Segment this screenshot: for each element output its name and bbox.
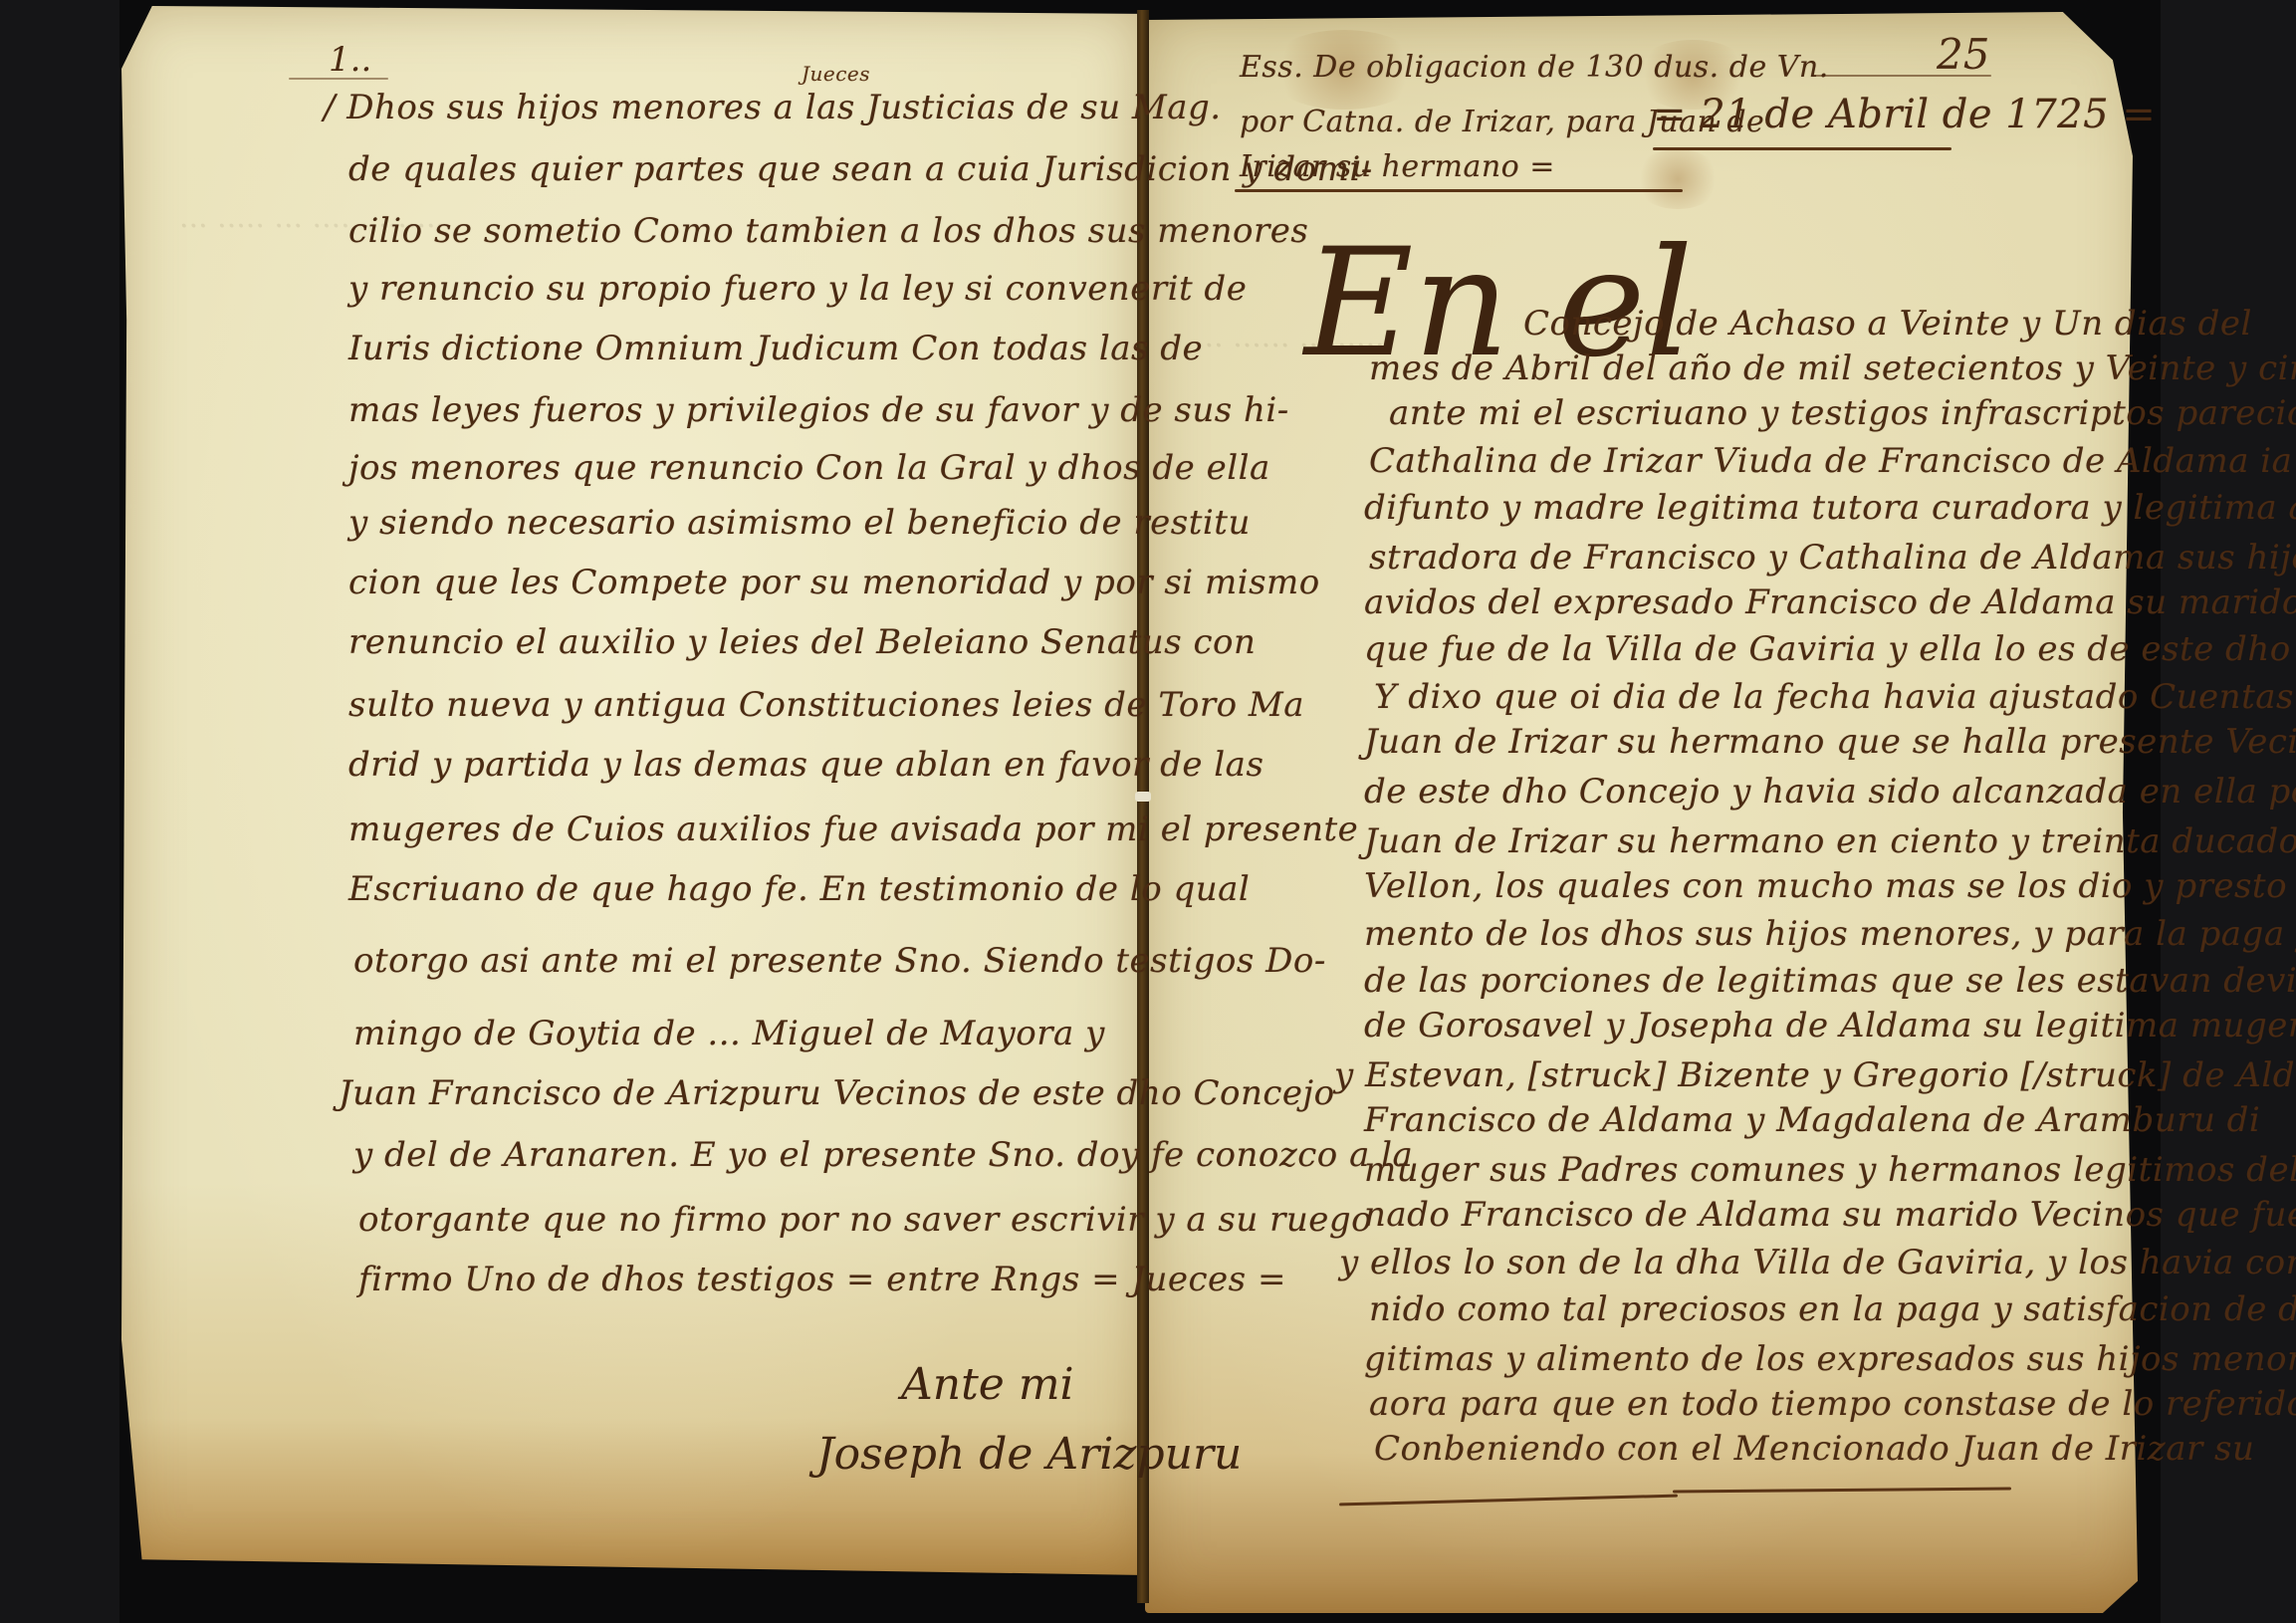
text-line: y siendo necesario asimismo el beneficio…	[348, 503, 1251, 543]
text-line: firmo Uno de dhos testigos = entre Rngs …	[358, 1260, 1286, 1299]
text-line: Conbeniendo con el Mencionado Juan de Ir…	[1374, 1429, 2254, 1469]
text-line: de las porciones de legitimas que se les…	[1364, 961, 2296, 1001]
text-line: Juan de Irizar su hermano en ciento y tr…	[1364, 821, 2296, 861]
text-line: Y dixo que oi dia de la fecha havia ajus…	[1374, 677, 2296, 717]
date-underline	[1653, 147, 1952, 150]
folio-rule	[1812, 75, 1991, 77]
signature-notary: Joseph de Arizpuru	[816, 1429, 1242, 1480]
text-line: ante mi el escriuano y testigos infrascr…	[1389, 393, 2296, 433]
text-line: Concejo de Achaso a Veinte y Un dias del	[1523, 304, 2252, 344]
text-line: de este dho Concejo y havia sido alcanza…	[1364, 772, 2296, 811]
text-line: de Gorosavel y Josepha de Aldama su legi…	[1364, 1006, 2296, 1045]
text-line: Iuris dictione Omnium Judicum Con todas …	[348, 329, 1203, 368]
heading-line: Irizar su hermano =	[1240, 149, 1555, 184]
superscript-note: Jueces	[802, 62, 870, 86]
text-line: mento de los dhos sus hijos menores, y p…	[1364, 914, 2296, 954]
text-line: de quales quier partes que sean a cuia J…	[348, 149, 1373, 189]
folio-number: 25	[1937, 30, 1989, 79]
text-line: nado Francisco de Aldama su marido Vecin…	[1364, 1195, 2296, 1235]
text-line: y Estevan, [struck] Bizente y Gregorio […	[1334, 1055, 2296, 1095]
text-line: avidos del expresado Francisco de Aldama…	[1364, 582, 2296, 622]
text-line: Francisco de Aldama y Magdalena de Aramb…	[1364, 1100, 2260, 1140]
text-line: Escriuano de que hago fe. En testimonio …	[348, 869, 1250, 909]
text-line: cion que les Compete por su menoridad y …	[348, 563, 1320, 602]
text-line: sulto nueva y antigua Constituciones lei…	[348, 685, 1304, 725]
text-line: muger sus Padres comunes y hermanos legi…	[1364, 1150, 2296, 1190]
text-line: mingo de Goytia de ... Miguel de Mayora …	[353, 1014, 1105, 1053]
text-line: y ellos lo son de la dha Villa de Gaviri…	[1339, 1243, 2296, 1282]
text-line: / Dhos sus hijos menores a las Justicias…	[324, 88, 1222, 127]
text-line: otorgante que no firmo por no saver escr…	[358, 1200, 1372, 1240]
text-line: stradora de Francisco y Cathalina de Ald…	[1369, 538, 2296, 578]
folio-rule	[289, 78, 388, 80]
binding-stitch	[1135, 792, 1151, 802]
text-line: Vellon, los quales con mucho mas se los …	[1364, 866, 2296, 906]
heading-underline	[1235, 189, 1683, 192]
text-line: drid y partida y las demas que ablan en …	[348, 745, 1263, 785]
text-line: mugeres de Cuios auxilios fue avisada po…	[348, 810, 1358, 849]
stain	[1633, 149, 1722, 209]
text-line: mes de Abril del año de mil setecientos …	[1369, 348, 2296, 388]
text-line: Juan de Irizar su hermano que se halla p…	[1364, 722, 2296, 762]
text-line: renuncio el auxilio y leies del Beleiano…	[348, 622, 1256, 662]
text-line: nido como tal preciosos en la paga y sat…	[1369, 1289, 2296, 1329]
signature-ante-mi: Ante mi	[901, 1359, 1074, 1410]
text-line: Juan Francisco de Arizpuru Vecinos de es…	[339, 1073, 1335, 1113]
text-line: jos menores que renuncio Con la Gral y d…	[348, 448, 1270, 488]
text-line: otorgo asi ante mi el presente Sno. Sien…	[353, 941, 1326, 981]
text-line: mas leyes fueros y privilegios de su fav…	[348, 390, 1289, 430]
text-line: y renuncio su propio fuero y la ley si c…	[348, 269, 1247, 309]
text-line: gitimas y alimento de los expresados sus…	[1364, 1339, 2296, 1379]
text-line: Cathalina de Irizar Viuda de Francisco d…	[1369, 441, 2292, 481]
text-line: cilio se sometio Como tambien a los dhos…	[348, 211, 1308, 251]
heading-line: Ess. De obligacion de 130 dus. de Vn.	[1240, 50, 1829, 85]
text-line: difunto y madre legitima tutora curadora…	[1364, 488, 2296, 528]
date-line: = 21 de Abril de 1725 =	[1653, 92, 2156, 137]
text-line: que fue de la Villa de Gaviria y ella lo…	[1364, 629, 2296, 669]
folio-mark: 1..	[329, 40, 371, 80]
text-line: aora para que en todo tiempo constase de…	[1369, 1384, 2296, 1424]
text-line: y del de Aranaren. E yo el presente Sno.…	[353, 1135, 1413, 1175]
